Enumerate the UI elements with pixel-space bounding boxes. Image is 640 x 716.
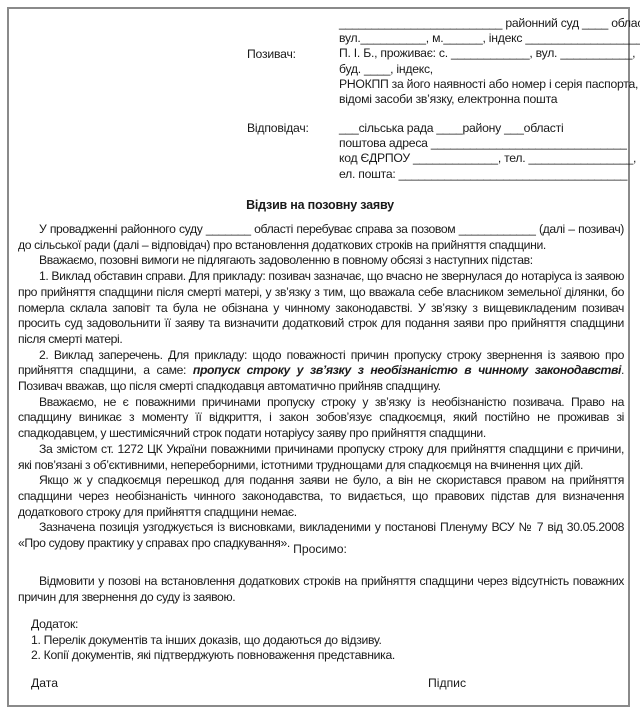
attachments: Додаток: 1. Перелік документів та інших … — [31, 617, 395, 664]
paragraph: За змістом ст. 1272 ЦК України поважними… — [18, 442, 624, 473]
document-body: У провадженні районного суду _______ обл… — [18, 222, 624, 552]
plaintiff-details: _________________________ районний суд _… — [339, 16, 640, 107]
paragraph: 1. Виклад обставин справи. Для прикладу:… — [18, 269, 624, 348]
attachment-item: 2. Копії документів, які підтверджують п… — [31, 648, 395, 664]
plaintiff-line: _________________________ районний суд _… — [339, 16, 640, 31]
emphasis-text: пропуск строку у зв’язку з необізнаністю… — [193, 363, 621, 377]
signature-label: Підпис — [428, 676, 466, 690]
paragraph: 2. Виклад заперечень. Для прикладу: щодо… — [18, 348, 624, 395]
paragraph: У провадженні районного суду _______ обл… — [18, 222, 624, 253]
plaintiff-line: РНОКПП за його наявності або номер і сер… — [339, 77, 640, 92]
paragraph: Вважаємо, позовні вимоги не підлягають з… — [18, 253, 624, 269]
defendant-label: Відповідач: — [247, 121, 309, 135]
paragraph: Якщо ж у спадкоємця перешкод для подання… — [18, 473, 624, 520]
defendant-line: ___сільська рада ____району ___області — [339, 121, 636, 136]
defendant-details: ___сільська рада ____району ___області п… — [339, 121, 636, 182]
plaintiff-line: відомі засоби зв’язку, електронна пошта — [339, 92, 640, 107]
date-label: Дата — [31, 676, 58, 690]
paragraph: Вважаємо, не є поважними причинами пропу… — [18, 395, 624, 442]
attachments-heading: Додаток: — [31, 617, 395, 633]
defendant-line: поштова адреса _________________________… — [339, 136, 636, 151]
paragraph: Відмовити у позові на встановлення додат… — [18, 574, 624, 605]
defendant-line: ел. пошта: _____________________________… — [339, 167, 636, 182]
plaintiff-line: буд. ____, індекс, — [339, 62, 640, 77]
attachment-item: 1. Перелік документів та інших доказів, … — [31, 633, 395, 649]
defendant-line: код ЄДРПОУ _____________, тел. _________… — [339, 151, 636, 166]
plaintiff-line: вул.__________, м.______, індекс _______… — [339, 31, 640, 46]
plaintiff-label: Позивач: — [247, 47, 296, 61]
document-title: Відзив на позовну заяву — [0, 198, 640, 212]
plaintiff-line: П. І. Б., проживає: с. ____________, вул… — [339, 46, 640, 61]
request-heading: Просимо: — [0, 542, 640, 556]
request-text: Відмовити у позові на встановлення додат… — [18, 574, 624, 605]
